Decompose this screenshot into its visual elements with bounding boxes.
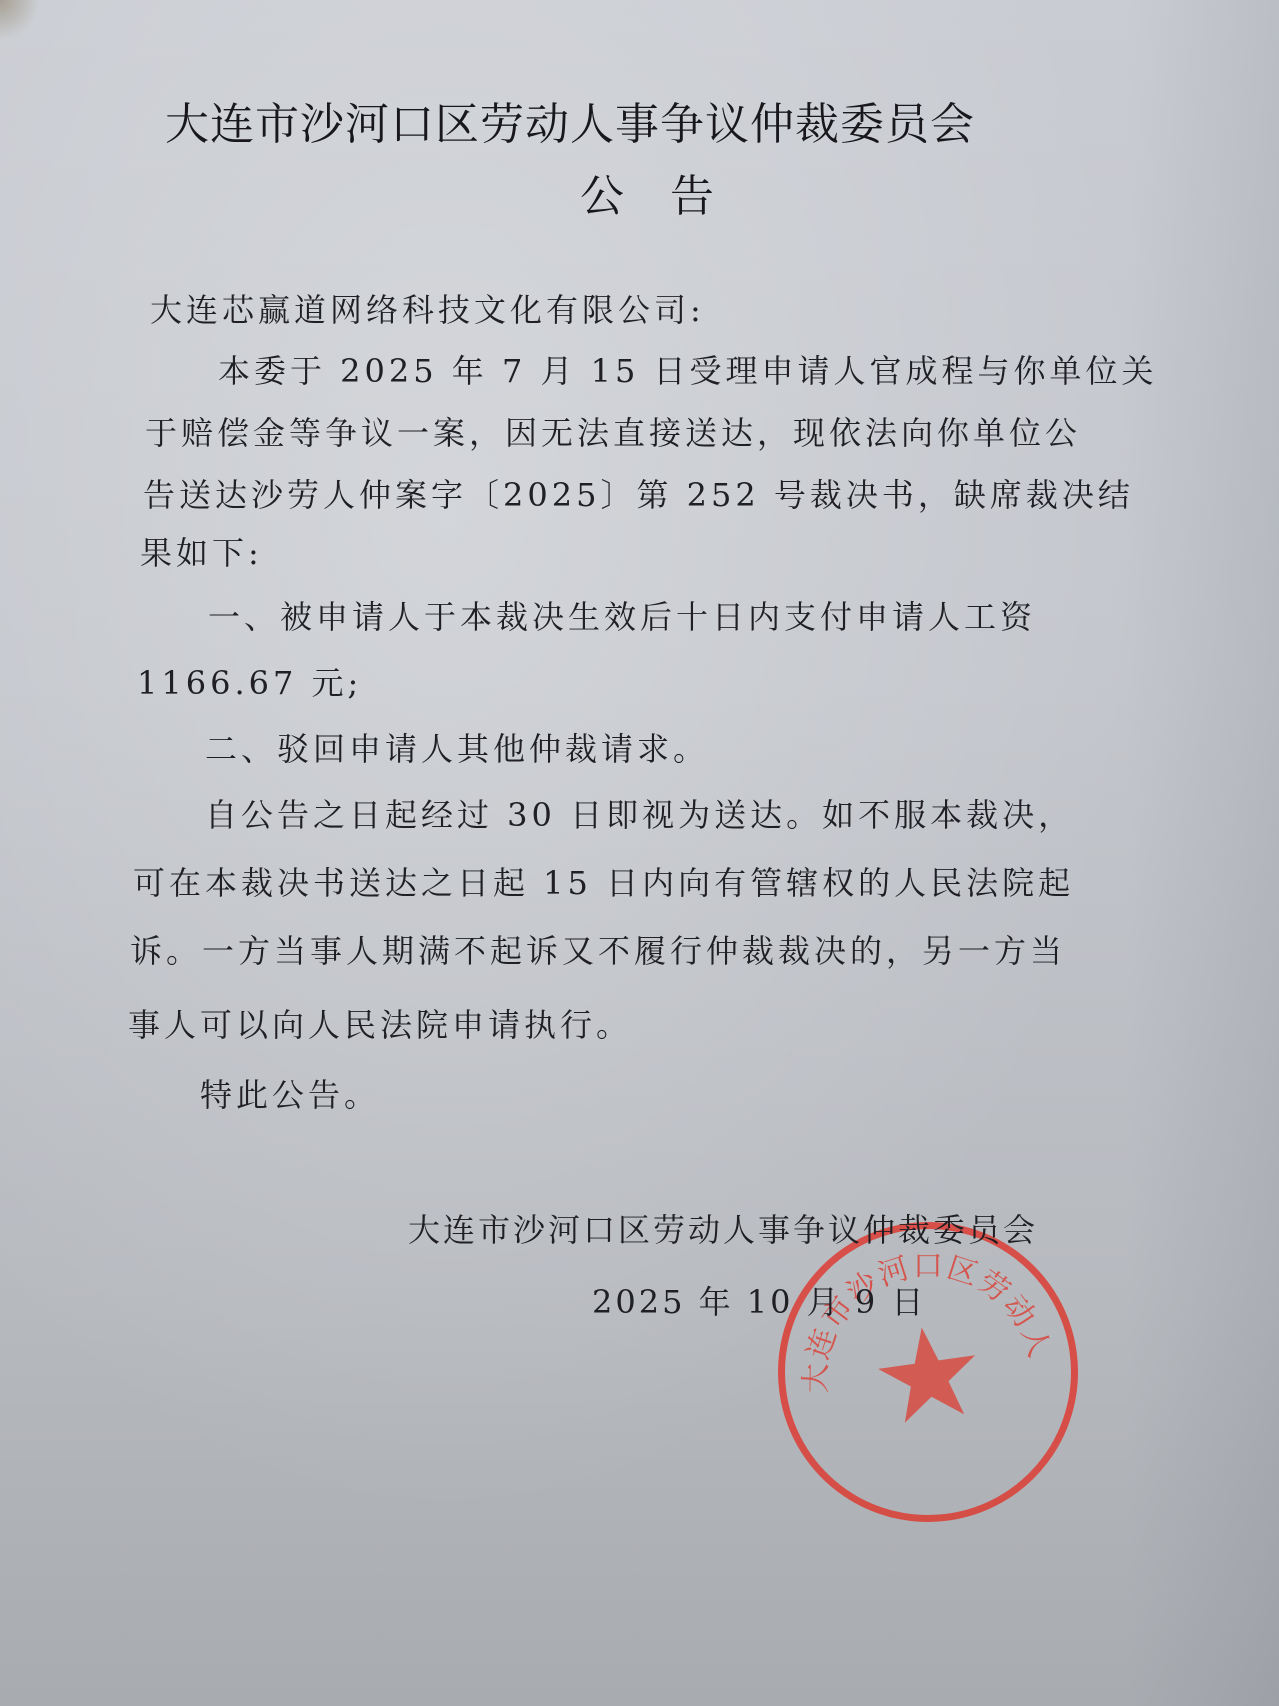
- body-line: 事人可以向人民法院申请执行。: [128, 1000, 632, 1046]
- official-seal: 大连市沙河口区劳动人事争议仲裁委员会: [759, 1203, 1098, 1542]
- body-line: 诉。一方当事人期满不起诉又不履行仲裁裁决的，另一方当: [130, 926, 1066, 972]
- body-line: 自公告之日起经过 30 日即视为送达。如不服本裁决，: [205, 790, 1074, 836]
- closing-line: 特此公告。: [200, 1070, 380, 1116]
- award-item-1: 一、被申请人于本裁决生效后十日内支付申请人工资: [208, 592, 1036, 638]
- signature: 大连市沙河口区劳动人事争议仲裁委员会: [408, 1205, 1038, 1251]
- body-line: 本委于 2025 年 7 月 15 日受理申请人官成程与你单位关: [218, 346, 1158, 392]
- seal-star-icon: 大连市沙河口区劳动人事争议仲裁委员会: [766, 1210, 1089, 1533]
- document-title: 大连市沙河口区劳动人事争议仲裁委员会: [165, 88, 975, 152]
- body-line: 可在本裁决书送达之日起 15 日内向有管辖权的人民法院起: [133, 858, 1074, 904]
- addressee: 大连芯赢道网络科技文化有限公司:: [150, 285, 705, 331]
- body-line: 果如下:: [140, 528, 263, 574]
- date: 2025 年 10 月 9 日: [592, 1277, 926, 1323]
- award-amount: 1166.67 元;: [137, 658, 362, 704]
- paper-background: [0, 0, 1279, 1706]
- body-line: 于赔偿金等争议一案，因无法直接送达，现依法向你单位公: [145, 408, 1081, 454]
- award-item-2: 二、驳回申请人其他仲裁请求。: [205, 724, 709, 770]
- body-line: 告送达沙劳人仲案字〔2025〕第 252 号裁决书，缺席裁决结: [143, 470, 1134, 516]
- corner-shadow: [0, 0, 40, 40]
- document-subtitle: 公告: [580, 160, 760, 224]
